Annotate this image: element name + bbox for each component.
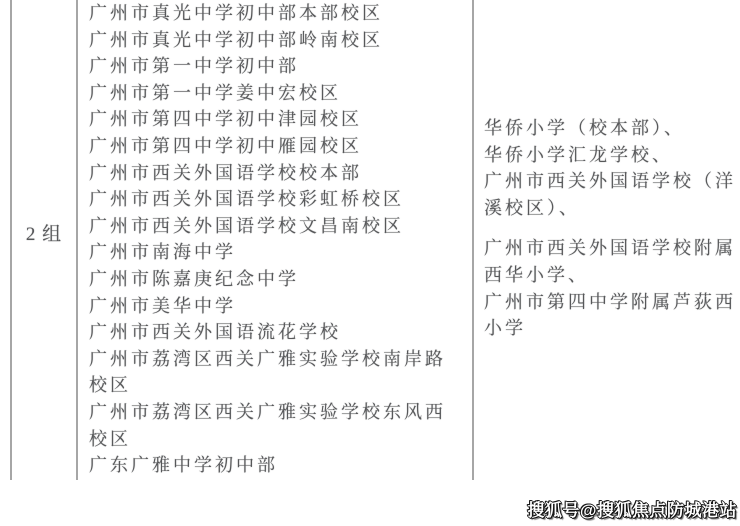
middle-school-name: 广州市美华中学 xyxy=(89,293,460,320)
middle-school-name: 广州市真光中学初中部本部校区 xyxy=(89,0,460,27)
primary-schools-group-b: 广州市西关外国语学校附属西华小学、广州市第四中学附属芦荻西小学 xyxy=(484,235,740,341)
middle-schools-cell: 广州市真光中学初中部本部校区广州市真光中学初中部岭南校区广州市第一中学初中部广州… xyxy=(78,0,474,480)
school-groups-table: 2 组 广州市真光中学初中部本部校区广州市真光中学初中部岭南校区广州市第一中学初… xyxy=(10,0,740,480)
middle-school-name: 广州市第一中学初中部 xyxy=(89,53,460,80)
primary-school-name: 华侨小学汇龙学校、 xyxy=(484,142,740,169)
primary-school-name: 广州市西关外国语学校附属西华小学、 xyxy=(484,235,740,288)
primary-school-name: 华侨小学（校本部）、 xyxy=(484,115,740,142)
middle-school-name: 广州市荔湾区西关广雅实验学校南岸路校区 xyxy=(89,346,460,399)
middle-school-name: 广州市西关外国语学校彩虹桥校区 xyxy=(89,186,460,213)
middle-school-name: 广州市西关外国语流花学校 xyxy=(89,319,460,346)
primary-school-name: 广州市西关外国语学校（洋溪校区）、 xyxy=(484,168,740,221)
middle-school-name: 广州市南海中学 xyxy=(89,239,460,266)
middle-school-name: 广州市真光中学初中部岭南校区 xyxy=(89,27,460,54)
middle-school-name: 广州市第四中学初中津园校区 xyxy=(89,106,460,133)
sohu-watermark: 搜狐号@搜狐焦点防城港站 xyxy=(527,496,737,521)
middle-school-name: 广东广雅中学初中部 xyxy=(89,452,460,479)
middle-school-name: 广州市西关外国语学校校本部 xyxy=(89,160,460,187)
primary-schools-group-a: 华侨小学（校本部）、华侨小学汇龙学校、广州市西关外国语学校（洋溪校区）、 xyxy=(484,115,740,221)
group-label: 2 组 xyxy=(26,219,62,246)
middle-school-name: 广州市荔湾区西关广雅实验学校东风西校区 xyxy=(89,399,460,452)
middle-school-name: 广州市陈嘉庚纪念中学 xyxy=(89,266,460,293)
primary-schools-cell: 华侨小学（校本部）、华侨小学汇龙学校、广州市西关外国语学校（洋溪校区）、 广州市… xyxy=(474,0,740,480)
middle-school-name: 广州市西关外国语学校文昌南校区 xyxy=(89,213,460,240)
group-label-cell: 2 组 xyxy=(10,0,78,480)
middle-school-name: 广州市第一中学姜中宏校区 xyxy=(89,80,460,107)
primary-school-name: 广州市第四中学附属芦荻西小学 xyxy=(484,289,740,342)
middle-school-name: 广州市第四中学初中雁园校区 xyxy=(89,133,460,160)
